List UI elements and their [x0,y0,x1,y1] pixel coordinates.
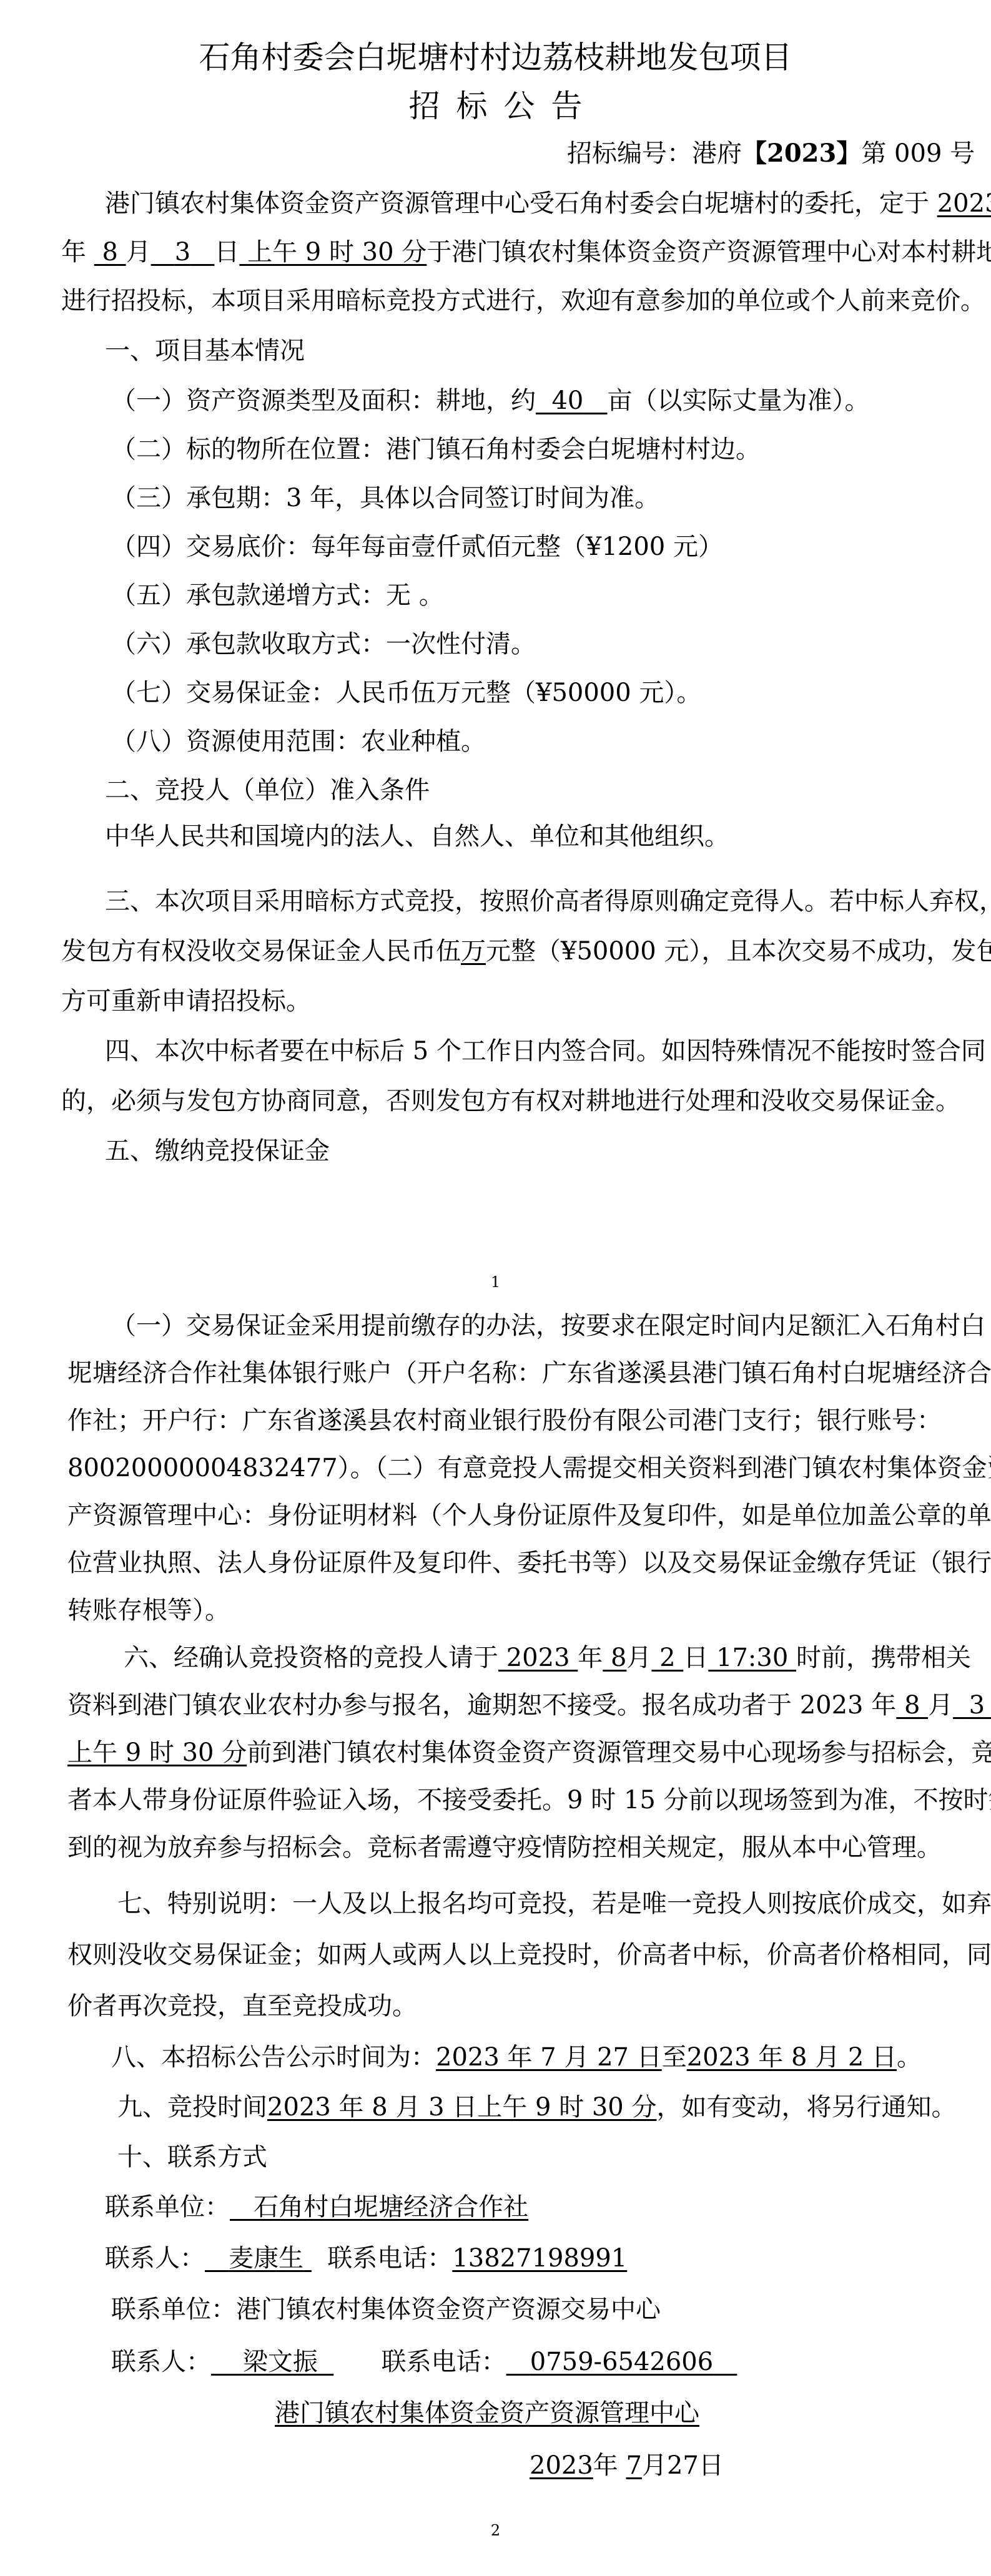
section-2-body: 中华人民共和国境内的法人、自然人、单位和其他组织。 [105,821,729,851]
tender-year: 2023 [937,189,991,218]
section-7-line-3: 价者再次竞投，直至竞投成功。 [67,1991,417,2021]
section-8-publicity-period: 八、本招标公告公示时间为：2023 年 7 月 27 日至2023 年 8 月 … [111,2042,922,2072]
contact-1-person-phone: 联系人： 麦康生 联系电话：13827198991 [105,2243,627,2273]
signature-organization: 港门镇农村集体资金资产资源管理中心 [275,2398,699,2428]
section-1-item-7: （七）交易保证金：人民币伍万元整（¥50000 元）。 [111,678,701,708]
area-value: 40 [536,386,608,415]
contact-1-unit: 联系单位： 石角村白坭塘经济合作社 [105,2192,528,2222]
intro-line-3: 进行招投标，本项目采用暗标竞投方式进行，欢迎有意参加的单位或个人前来竞价。 [61,286,985,316]
page-number-2: 2 [0,2522,991,2539]
section-1-heading: 一、项目基本情况 [105,336,305,366]
section-7-line-2: 权则没收交易保证金；如两人或两人以上竞投时，价高者中标，价高者价格相同，同 [67,1940,991,1970]
tender-reference-number: 招标编号：港府【2023】第 009 号 [567,139,975,169]
signature-date: 2023年 7月27日 [530,2451,724,2481]
section-1-item-1: （一）资产资源类型及面积：耕地，约 40 亩（以实际丈量为准）。 [111,386,870,416]
section-5-heading: 五、缴纳竞投保证金 [105,1136,330,1166]
section-4-line-2: 的，必须与发包方协商同意，否则发包方有权对耕地进行处理和没收交易保证金。 [61,1086,960,1116]
section-1-item-2: （二）标的物所在位置：港门镇石角村委会白坭塘村村边。 [111,434,761,464]
section-3-line-2: 发包方有权没收交易保证金人民币伍万元整（¥50000 元），且本次交易不成功，发… [61,936,991,966]
section-2-heading: 二、竞投人（单位）准入条件 [105,775,430,805]
tender-month: 8 [94,238,126,267]
section-5-line-1: （一）交易保证金采用提前缴存的办法，按要求在限定时间内足额汇入石角村白 [111,1311,985,1341]
section-4-line-1: 四、本次中标者要在中标后 5 个工作日内签合同。如因特殊情况不能按时签合同 [105,1036,986,1066]
section-6-line-1: 六、经确认竞投资格的竞投人请于 2023 年 8月 2 日 17:30 时前，携… [124,1643,971,1673]
section-3-line-3: 方可重新申请招投标。 [61,986,311,1016]
section-1-item-6: （六）承包款收取方式：一次性付清。 [111,629,536,659]
section-10-heading: 十、联系方式 [117,2142,267,2172]
section-9-bid-time: 九、竞投时间2023 年 8 月 3 日上午 9 时 30 分，如有变动，将另行… [117,2092,956,2122]
section-1-item-8: （八）资源使用范围：农业种植。 [111,727,486,757]
section-5-line-5: 产资源管理中心：身份证明材料（个人身份证原件及复印件，如是单位加盖公章的单 [67,1501,991,1530]
section-5-line-2: 坭塘经济合作社集体银行账户（开户名称：广东省遂溪县港门镇石角村白坭塘经济合 [67,1358,991,1388]
section-5-line-6: 位营业执照、法人身份证原件及复印件、委托书等）以及交易保证金缴存凭证（银行 [67,1548,991,1578]
intro-line-1: 港门镇农村集体资金资产资源管理中心受石角村委会白坭塘村的委托，定于 2023 [105,189,991,218]
section-3-line-1: 三、本次项目采用暗标方式竞投，按照价高者得原则确定竞得人。若中标人弃权， [105,886,991,916]
section-1-item-5: （五）承包款递增方式：无 。 [111,580,444,610]
contact-1-phone: 13827198991 [452,2244,627,2273]
section-6-line-5: 到的视为放弃参与招标会。竞标者需遵守疫情防控相关规定，服从本中心管理。 [67,1833,942,1863]
document-subtitle: 招标公告 [0,87,991,125]
section-1-item-3: （三）承包期：3 年，具体以合同签订时间为准。 [111,483,659,513]
section-5-line-4: 80020000004832477）。（二）有意竞投人需提交相关资料到港门镇农村… [67,1453,991,1483]
section-6-line-4: 者本人带身份证原件验证入场，不接受委托。9 时 15 分前以现场签到为准，不按时… [67,1785,991,1815]
contact-2-person-phone: 联系人： 梁文振 联系电话： 0759-6542606 [111,2347,737,2377]
section-5-line-3: 作社；开户行：广东省遂溪县农村商业银行股份有限公司港门支行；银行账号： [67,1406,942,1436]
section-6-line-3: 上午 9 时 30 分前到港门镇农村集体资金资产资源管理交易中心现场参与招标会，… [67,1738,991,1768]
section-6-line-2: 资料到港门镇农业农村办参与报名，逾期恕不接受。报名成功者于 2023 年 8 月… [67,1690,991,1720]
contact-2-unit: 联系单位：港门镇农村集体资金资产资源交易中心 [111,2294,661,2324]
intro-line-2: 年 8 月 3 日 上午 9 时 30 分于港门镇农村集体资金资产资源管理中心对… [61,237,991,267]
tender-time: 上午 9 时 30 分 [239,238,426,267]
section-5-line-7: 转账存根等）。 [67,1595,230,1625]
section-1-item-4: （四）交易底价：每年每亩壹仟贰佰元整（¥1200 元） [111,532,723,562]
page-number-1: 1 [0,1273,991,1291]
document-title: 石角村委会白坭塘村村边荔枝耕地发包项目 [0,39,991,76]
tender-day: 3 [151,238,215,267]
section-7-line-1: 七、特别说明：一人及以上报名均可竞投，若是唯一竞投人则按底价成交，如弃 [117,1889,991,1919]
